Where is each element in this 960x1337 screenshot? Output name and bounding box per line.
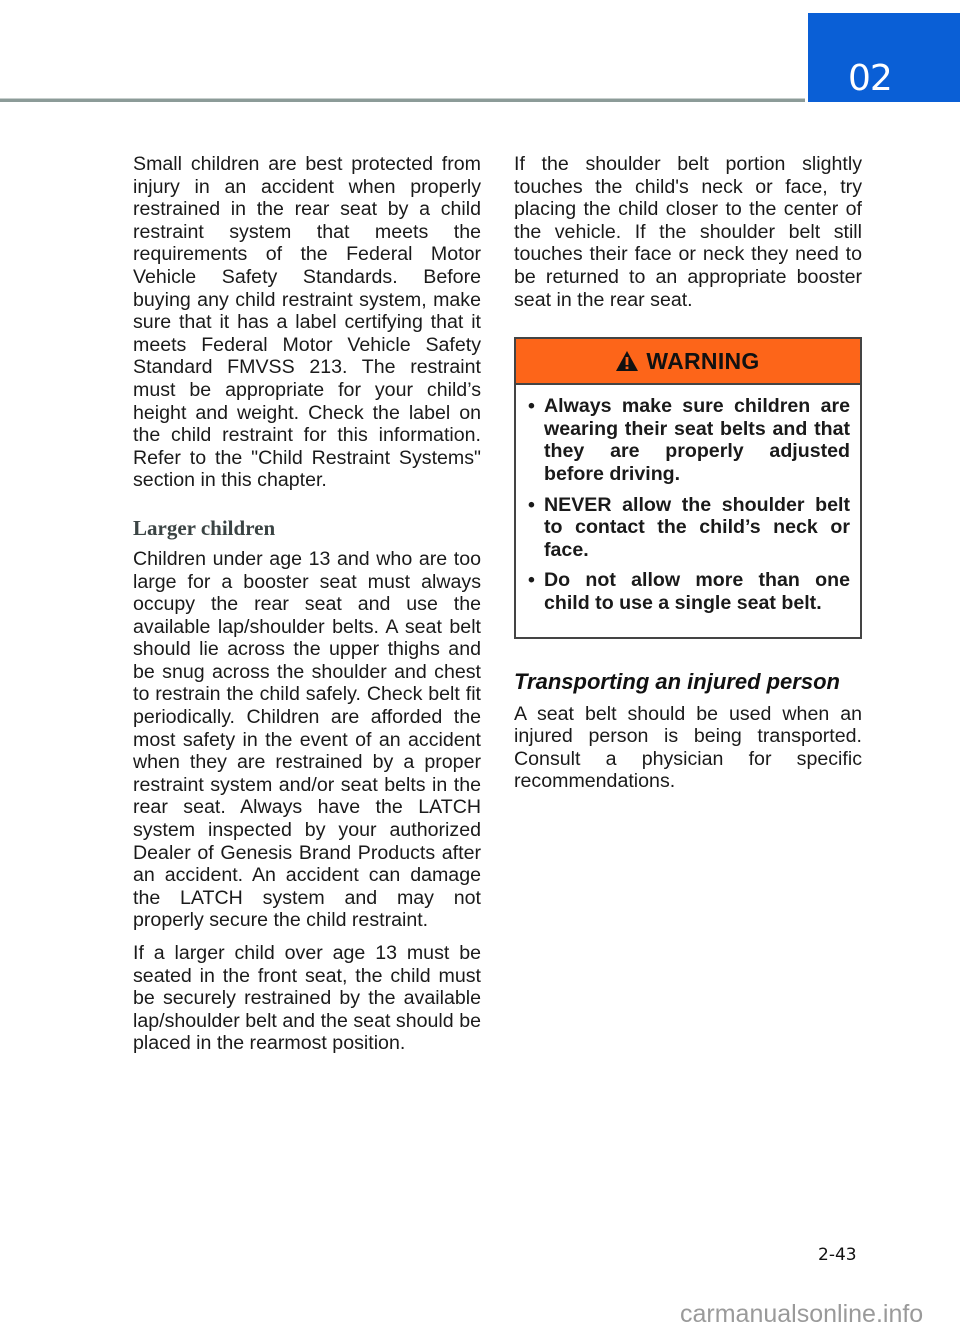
warning-header: WARNING — [516, 339, 860, 385]
warning-triangle-icon — [616, 351, 638, 371]
chapter-number: 02 — [848, 61, 892, 97]
warning-list: • Always make sure children are wearing … — [516, 385, 860, 636]
warning-item: • Always make sure children are wearing … — [526, 395, 850, 485]
warning-item: • Do not allow more than one child to us… — [526, 569, 850, 614]
intro-paragraph: Small children are best protected from i… — [133, 153, 481, 492]
page-number: 2-43 — [818, 1245, 857, 1265]
shoulder-belt-paragraph: If the shoulder belt portion slightly to… — [514, 153, 862, 311]
injured-person-paragraph: A seat belt should be used when an injur… — [514, 703, 862, 793]
watermark-link[interactable]: carmanualsonline.info — [680, 1300, 923, 1329]
right-column: If the shoulder belt portion slightly to… — [514, 153, 862, 803]
bullet-icon: • — [526, 395, 544, 485]
chapter-tab: 02 — [808, 13, 960, 102]
topic-heading-injured-person: Transporting an injured person — [514, 669, 862, 695]
warning-title: WARNING — [646, 348, 759, 375]
front-seat-paragraph: If a larger child over age 13 must be se… — [133, 942, 481, 1055]
bullet-icon: • — [526, 569, 544, 614]
warning-box: WARNING • Always make sure children are … — [514, 337, 862, 638]
bullet-icon: • — [526, 494, 544, 562]
section-heading-larger-children: Larger children — [133, 516, 481, 540]
left-column: Small children are best protected from i… — [133, 153, 481, 1065]
header-divider — [0, 98, 805, 102]
warning-item: • NEVER allow the shoulder belt to conta… — [526, 494, 850, 562]
larger-children-paragraph: Children under age 13 and who are too la… — [133, 548, 481, 932]
